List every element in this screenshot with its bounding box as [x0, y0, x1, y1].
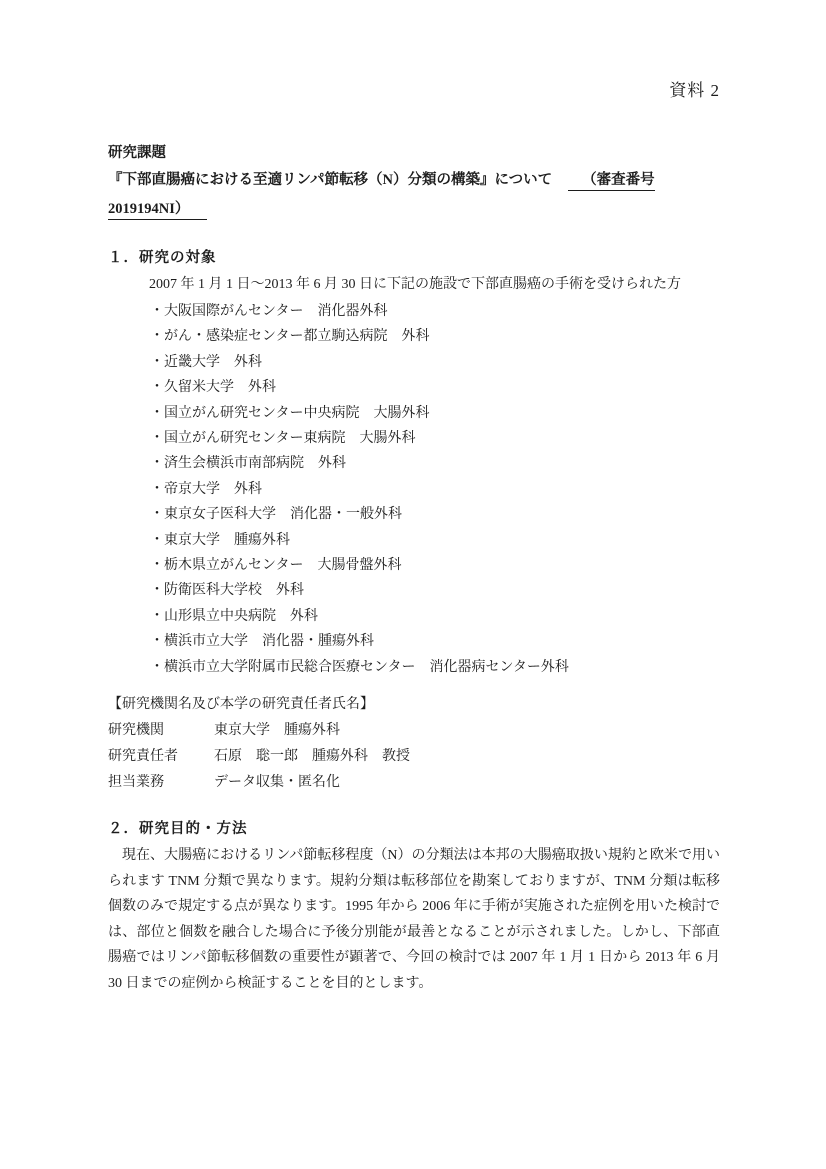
study-purpose-paragraph: 現在、大腸癌におけるリンパ節転移程度（N）の分類法は本邦の大腸癌取扱い規約と欧米…: [108, 843, 720, 997]
document-page: 資料 2 研究課題 『下部直腸癌における至適リンパ節転移（N）分類の構築』につい…: [0, 0, 826, 1169]
institution-row-value: データ収集・匿名化: [214, 770, 340, 796]
review-number-prefix: （審査番号: [568, 172, 655, 191]
section1-heading: １．研究の対象: [108, 246, 720, 270]
institution-row: 研究機関 東京大学 腫瘍外科: [108, 718, 720, 744]
facility-item: ・がん・感染症センター都立駒込病院 外科: [150, 324, 720, 349]
facility-item: ・東京大学 腫瘍外科: [150, 528, 720, 553]
research-title: 『下部直腸癌における至適リンパ節転移（N）分類の構築』について（審査番号 201…: [108, 166, 720, 224]
section2-heading: ２．研究目的・方法: [108, 817, 720, 841]
institution-row-label: 研究責任者: [108, 744, 214, 770]
facility-item: ・横浜市立大学附属市民総合医療センター 消化器病センター外科: [150, 655, 720, 680]
facility-item: ・東京女子医科大学 消化器・一般外科: [150, 502, 720, 527]
facility-item: ・国立がん研究センター中央病院 大腸外科: [150, 401, 720, 426]
institution-row-value: 東京大学 腫瘍外科: [214, 718, 340, 744]
facility-item: ・帝京大学 外科: [150, 477, 720, 502]
institution-row-label: 担当業務: [108, 770, 214, 796]
facility-item: ・済生会横浜市南部病院 外科: [150, 451, 720, 476]
facility-item: ・国立がん研究センター東病院 大腸外科: [150, 426, 720, 451]
facility-item: ・防衛医科大学校 外科: [150, 578, 720, 603]
institution-row-value: 石原 聡一郎 腫瘍外科 教授: [214, 744, 410, 770]
facility-item: ・栃木県立がんセンター 大腸骨盤外科: [150, 553, 720, 578]
facility-item: ・久留米大学 外科: [150, 375, 720, 400]
research-title-main: 『下部直腸癌における至適リンパ節転移（N）分類の構築』について: [108, 172, 552, 188]
facility-item: ・横浜市立大学 消化器・腫瘍外科: [150, 629, 720, 654]
study-subjects-intro: 2007 年 1 月 1 日～2013 年 6 月 30 日に下記の施設で下部直…: [149, 272, 720, 297]
review-number: 2019194NI）: [108, 201, 207, 220]
facility-list: ・大阪国際がんセンター 消化器外科 ・がん・感染症センター都立駒込病院 外科 ・…: [150, 299, 720, 680]
institution-row: 担当業務 データ収集・匿名化: [108, 770, 720, 796]
institution-rows: 研究機関 東京大学 腫瘍外科 研究責任者 石原 聡一郎 腫瘍外科 教授 担当業務…: [108, 718, 720, 796]
facility-item: ・大阪国際がんセンター 消化器外科: [150, 299, 720, 324]
review-number-line: 2019194NI）: [108, 195, 720, 224]
facility-item: ・山形県立中央病院 外科: [150, 604, 720, 629]
research-topic-label: 研究課題: [108, 142, 720, 164]
institution-block-heading: 【研究機関名及び本学の研究責任者氏名】: [108, 692, 720, 718]
institution-row-label: 研究機関: [108, 718, 214, 744]
document-reference-label: 資料 2: [108, 80, 720, 102]
institution-row: 研究責任者 石原 聡一郎 腫瘍外科 教授: [108, 744, 720, 770]
facility-item: ・近畿大学 外科: [150, 350, 720, 375]
